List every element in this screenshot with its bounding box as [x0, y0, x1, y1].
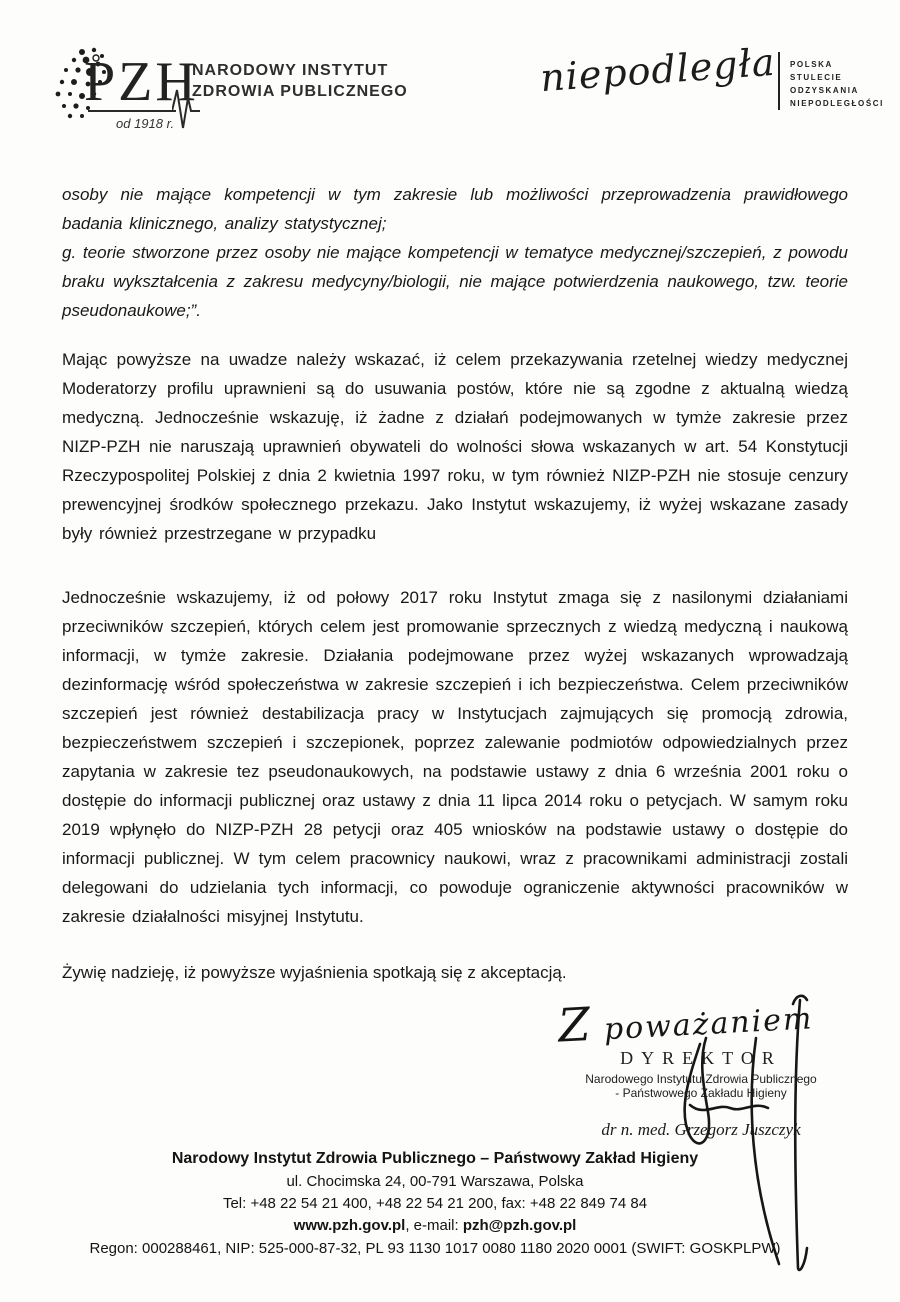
niepodlegla-script: niepodległa — [539, 40, 776, 100]
logo-org-line1: NARODOWY INSTYTUT — [192, 60, 408, 81]
letterhead-footer: Narodowy Instytut Zdrowia Publicznego – … — [10, 1147, 860, 1260]
signature-block: DYREKTOR Narodowego Instytutu Zdrowia Pu… — [545, 1048, 857, 1140]
signer-org-line2: - Państwowego Zakładu Higieny — [545, 1086, 857, 1100]
niepodlegla-caption-line3: NIEPODLEGŁOŚCI — [790, 97, 900, 110]
niepodlegla-caption: POLSKA STULECIE ODZYSKANIA NIEPODLEGŁOŚC… — [790, 58, 900, 110]
logo-org-name: NARODOWY INSTYTUT ZDROWIA PUBLICZNEGO — [192, 60, 408, 102]
logo-org-line2: ZDROWIA PUBLICZNEGO — [192, 81, 408, 102]
quoted-definition-block: osoby nie mające kompetencji w tym zakre… — [62, 180, 848, 325]
paragraph-antivax-activity: Jednocześnie wskazujemy, iż od połowy 20… — [62, 583, 848, 931]
logo-underline — [88, 110, 176, 112]
letter-page: PZH od 1918 r. NARODOWY INSTYTUT ZDROWIA… — [0, 0, 900, 1302]
signer-org-line1: Narodowego Instytutu Zdrowia Publicznego — [545, 1072, 857, 1086]
quote-part-1: osoby nie mające kompetencji w tym zakre… — [62, 180, 848, 238]
footer-phone-fax: Tel: +48 22 54 21 400, +48 22 54 21 200,… — [10, 1193, 860, 1215]
quote-part-2: g. teorie stworzone przez osoby nie mają… — [62, 238, 848, 325]
signer-name: dr n. med. Grzegorz Juszczyk — [545, 1120, 857, 1140]
logo-since-label: od 1918 r. — [116, 116, 174, 131]
handwritten-closing: Z poważaniem — [557, 985, 815, 1052]
footer-website: www.pzh.gov.pl — [294, 1217, 406, 1234]
niepodlegla-caption-line1: POLSKA — [790, 58, 900, 71]
footer-email-label: , e-mail: — [405, 1217, 463, 1234]
paragraph-moderation-policy: Mając powyższe na uwadze należy wskazać,… — [62, 345, 848, 548]
niepodlegla-caption-line2: STULECIE ODZYSKANIA — [790, 71, 900, 97]
footer-email: pzh@pzh.gov.pl — [463, 1217, 577, 1234]
signer-title: DYREKTOR — [545, 1048, 857, 1069]
footer-registration-numbers: Regon: 000288461, NIP: 525-000-87-32, PL… — [10, 1237, 860, 1260]
footer-institute-name: Narodowy Instytut Zdrowia Publicznego – … — [10, 1147, 860, 1171]
footer-web-email: www.pzh.gov.pl, e-mail: pzh@pzh.gov.pl — [10, 1215, 860, 1237]
closing-sentence: Żywię nadzieję, iż powyższe wyjaśnienia … — [62, 963, 567, 983]
footer-address: ul. Chocimska 24, 00-791 Warszawa, Polsk… — [10, 1171, 860, 1193]
niepodlegla-divider — [778, 52, 780, 110]
